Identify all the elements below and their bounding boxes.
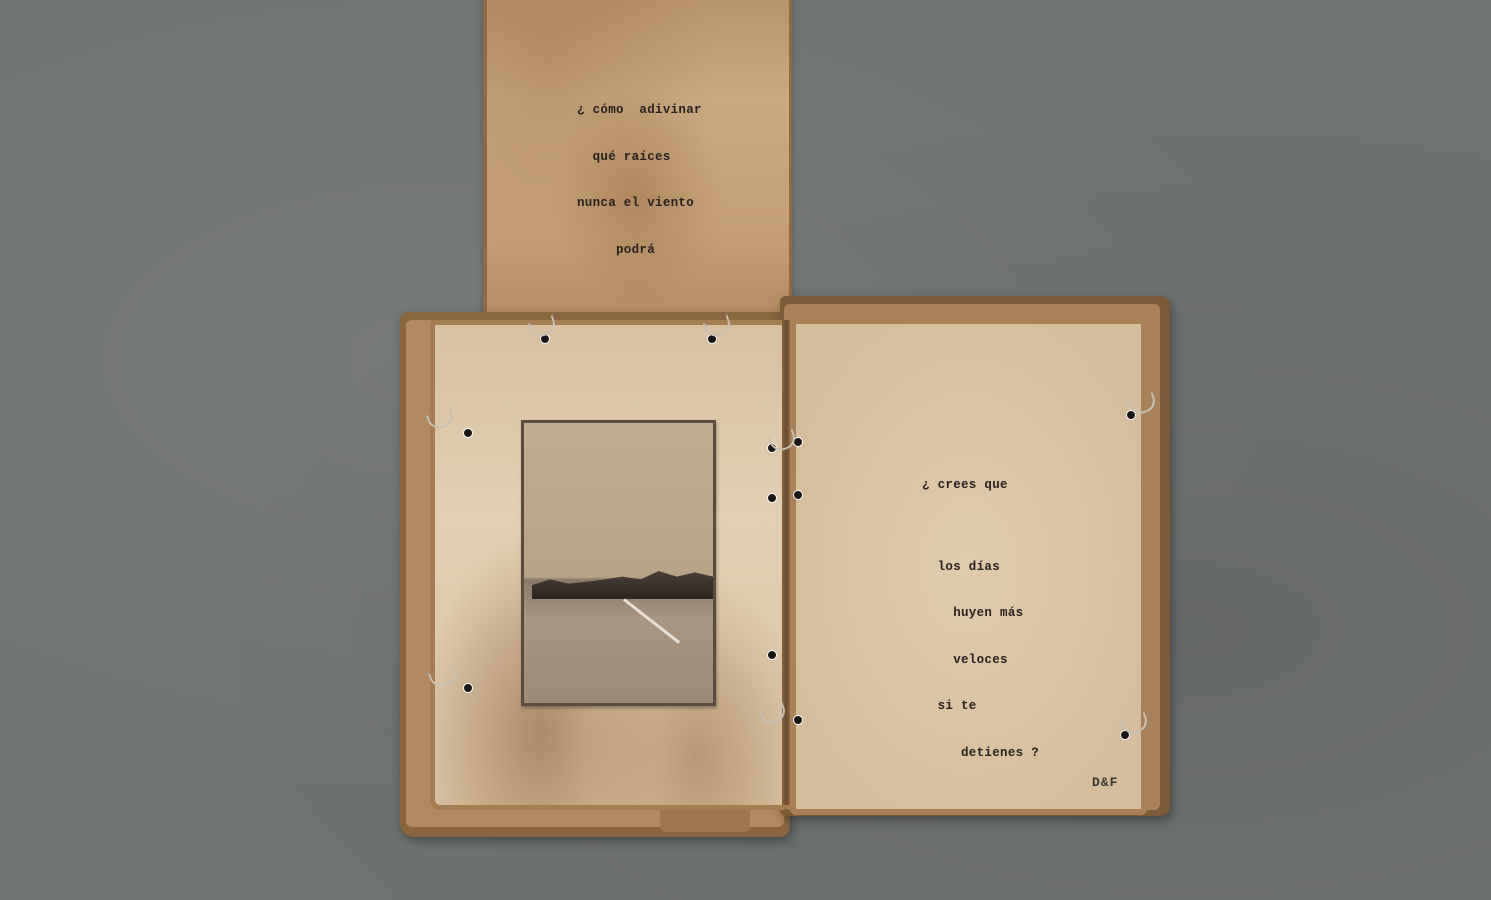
sepia-photograph	[521, 420, 716, 706]
photo-branch	[623, 598, 680, 643]
binding-hole	[767, 650, 777, 660]
poem-line: qué raíces	[577, 150, 702, 166]
poem-line: nunca el viento	[577, 196, 702, 212]
initials-stamp: D&F	[1092, 775, 1118, 790]
binding-hole	[793, 490, 803, 500]
poem-line: veloces	[922, 653, 1039, 669]
poem-gap	[577, 289, 702, 298]
poem-line: si te	[922, 699, 1039, 715]
binding-hole	[463, 683, 473, 693]
poem-line: detienes ?	[922, 746, 1039, 762]
poem-line: podrá	[577, 243, 702, 259]
poem-line: huyen más	[922, 606, 1039, 622]
spine	[782, 320, 790, 805]
right-page-poem: ¿ crees que los días huyen más veloces s…	[922, 447, 1039, 777]
poem-line: los días	[922, 560, 1039, 576]
binding-hole	[463, 428, 473, 438]
photo-treeline	[532, 571, 713, 599]
poem-line: ¿ cómo adivinar	[577, 103, 702, 119]
poem-gap	[922, 525, 1039, 529]
binding-hole	[767, 493, 777, 503]
binding-hole	[793, 715, 803, 725]
poem-line: ¿ crees que	[922, 478, 1039, 494]
